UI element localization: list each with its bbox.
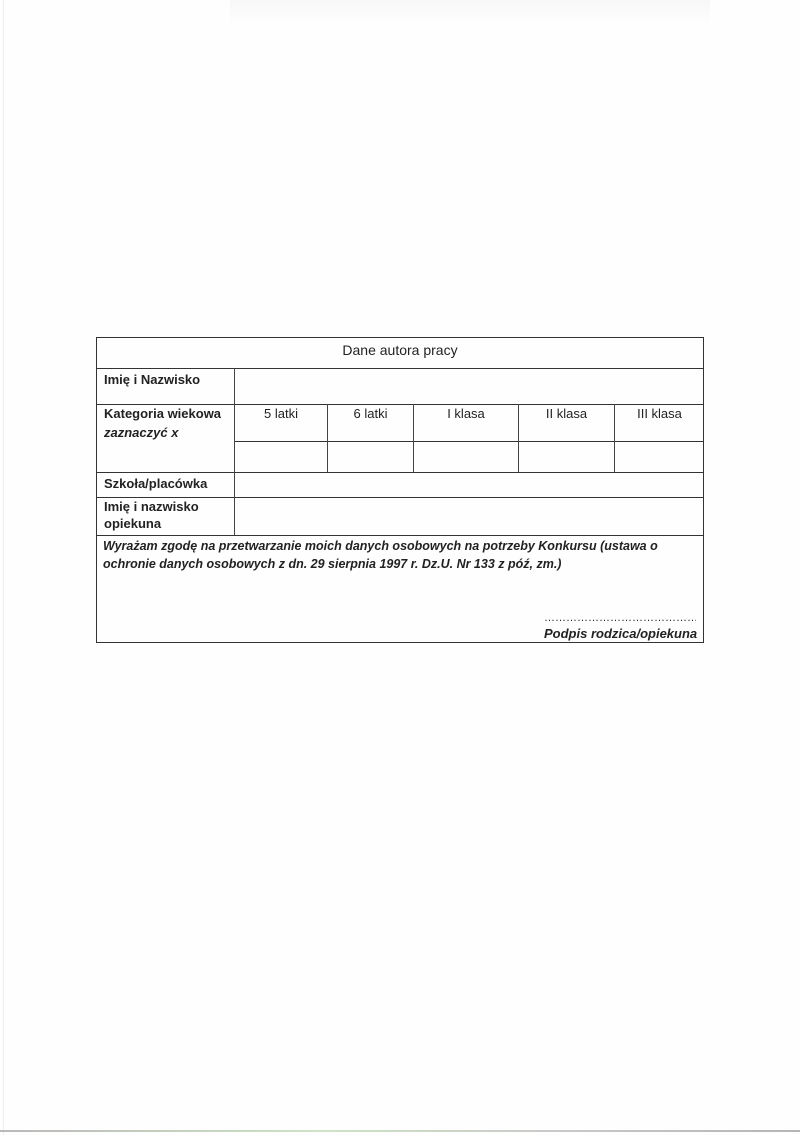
name-field[interactable] xyxy=(235,369,704,404)
guardian-label-line2: opiekuna xyxy=(104,515,161,533)
category-ii-klasa-checkbox[interactable] xyxy=(519,442,614,472)
name-label: Imię i Nazwisko xyxy=(104,371,200,389)
form-title: Dane autora pracy xyxy=(96,341,704,359)
category-iii-klasa-checkbox[interactable] xyxy=(615,442,704,472)
category-i-klasa-checkbox[interactable] xyxy=(414,442,518,472)
scan-artifact-bottom xyxy=(0,1130,800,1132)
category-6-latki: 6 latki xyxy=(328,405,413,423)
consent-text-line2: ochronie danych osobowych z dn. 29 sierp… xyxy=(103,555,561,573)
category-5-latki-checkbox[interactable] xyxy=(235,442,327,472)
category-label: Kategoria wiekowa xyxy=(104,405,221,423)
school-field[interactable] xyxy=(235,473,704,497)
category-5-latki: 5 latki xyxy=(235,405,327,423)
category-hint: zaznaczyć x xyxy=(104,424,178,442)
scan-artifact-top xyxy=(230,0,710,22)
school-label: Szkoła/placówka xyxy=(104,475,207,493)
signature-label: Podpis rodzica/opiekuna xyxy=(544,625,697,643)
category-i-klasa: I klasa xyxy=(414,405,518,423)
consent-text-line1: Wyrażam zgodę na przetwarzanie moich dan… xyxy=(103,537,658,555)
category-6-latki-checkbox[interactable] xyxy=(328,442,413,472)
divider xyxy=(96,535,704,536)
scan-artifact-left xyxy=(3,0,4,1135)
guardian-field[interactable] xyxy=(235,498,704,535)
category-ii-klasa: II klasa xyxy=(519,405,614,423)
category-iii-klasa: III klasa xyxy=(615,405,704,423)
guardian-label-line1: Imię i nazwisko xyxy=(104,498,199,516)
